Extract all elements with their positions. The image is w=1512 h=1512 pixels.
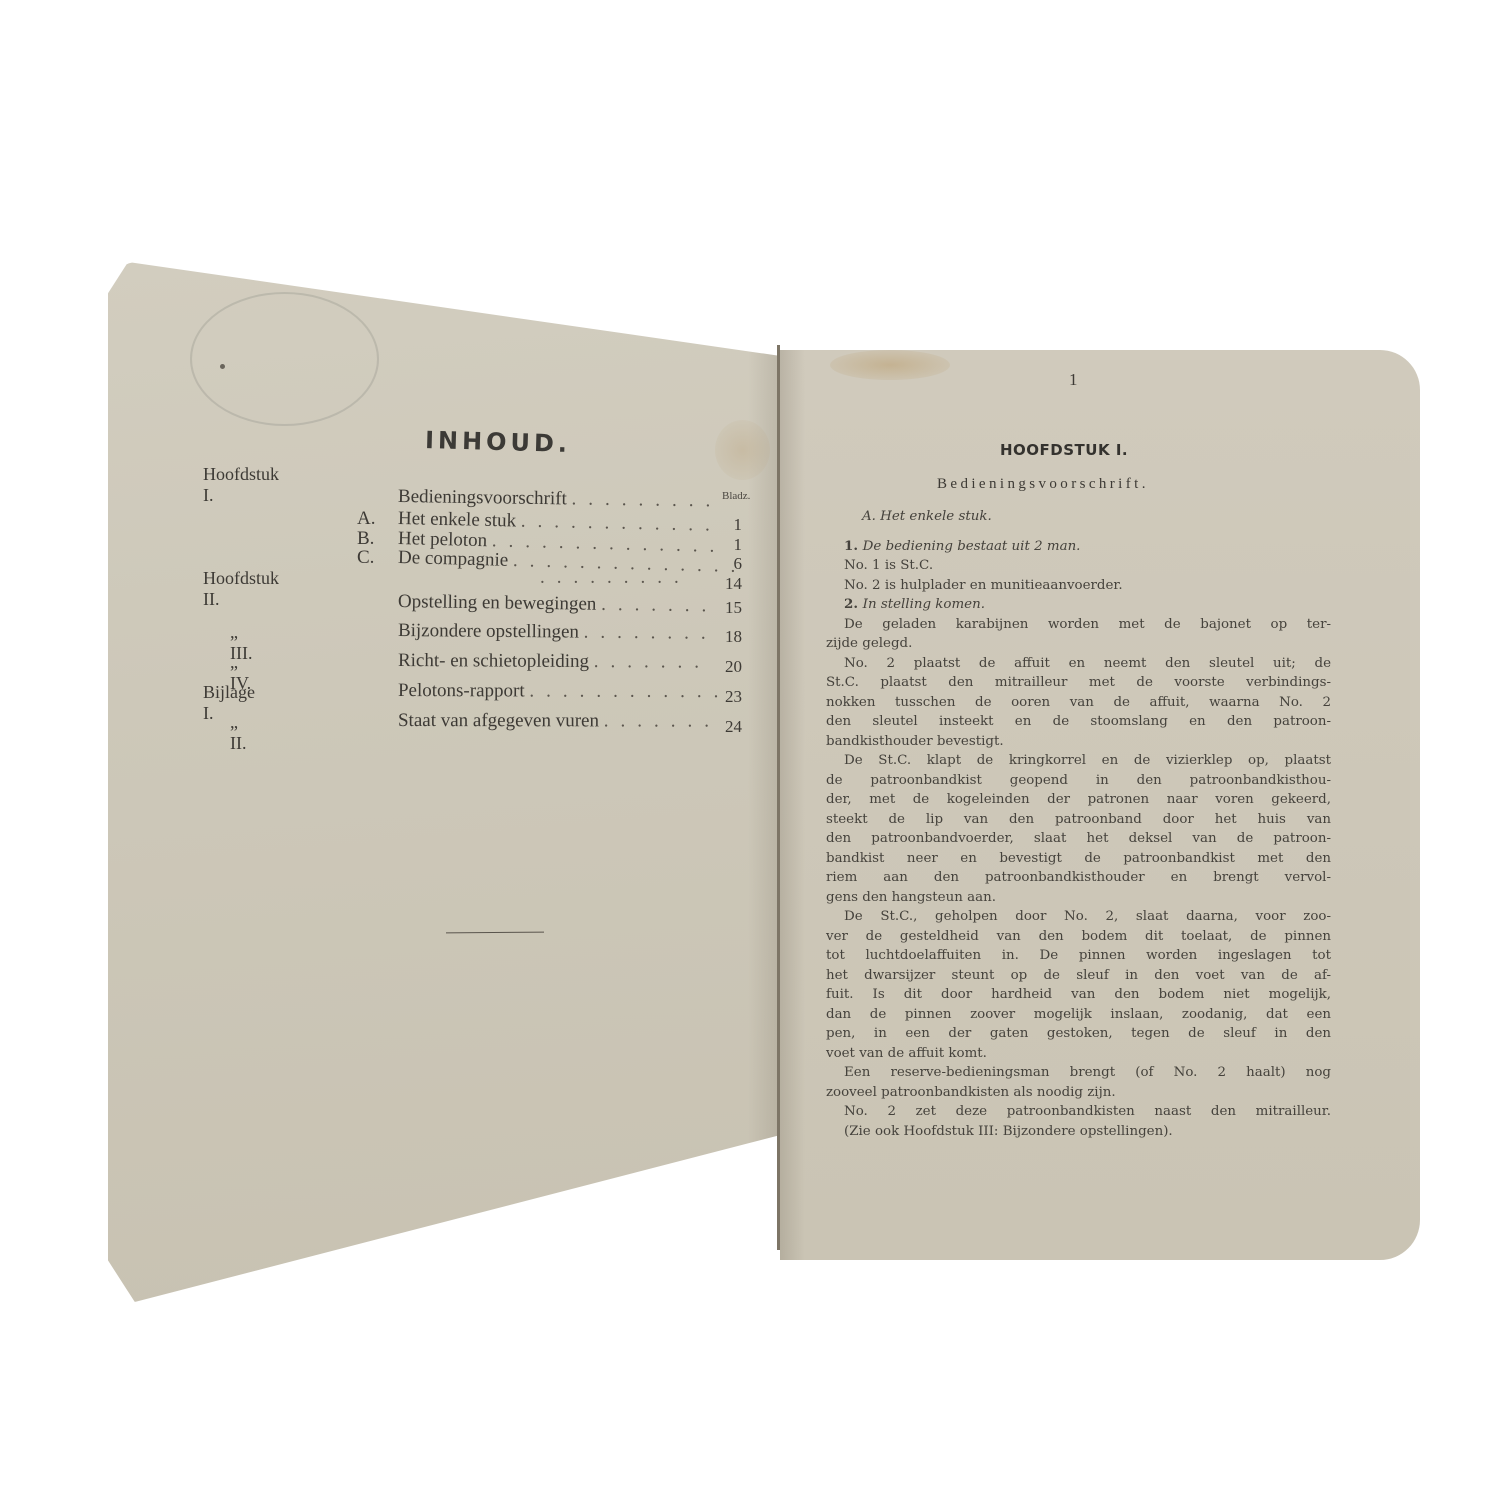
- toc-chapter-label: „ II.: [230, 712, 274, 754]
- body-line: den sleutel insteekt en de stoomslang en…: [826, 712, 1331, 732]
- body-line: voet van de affuit komt.: [826, 1044, 1331, 1064]
- toc-page-column-header: Bladz.: [722, 490, 750, 502]
- body-line: zijde gelegd.: [826, 634, 1331, 654]
- water-stain: [830, 350, 950, 380]
- left-page: [108, 262, 778, 1302]
- toc-page-number: 24: [702, 717, 742, 737]
- body-line: den patroonbandvoerder, slaat het deksel…: [826, 829, 1331, 849]
- body-line: 2. In stelling komen.: [826, 595, 1331, 615]
- toc-section-letter: C.: [357, 547, 374, 569]
- body-line: nokken tusschen de ooren van de affuit, …: [826, 693, 1331, 713]
- body-line: De St.C. klapt de kringkorrel en de vizi…: [826, 751, 1331, 771]
- body-line: (Zie ook Hoofdstuk III: Bijzondere opste…: [826, 1122, 1331, 1142]
- body-line: zooveel patroonbandkisten als noodig zij…: [826, 1083, 1331, 1103]
- body-line: riem aan den patroonbandkisthouder en br…: [826, 868, 1331, 888]
- toc-leader-dots: .........: [540, 567, 691, 589]
- body-line: No. 2 is hulplader en munitieaanvoerder.: [826, 576, 1331, 596]
- toc-entry[interactable]: Staat van afgegeven vuren .......: [398, 710, 721, 733]
- body-line: steekt de lip van den patroonband door h…: [826, 810, 1331, 830]
- toc-chapter-label: Hoofdstuk II.: [203, 568, 279, 610]
- toc-entry[interactable]: Opstelling en bewegingen .......: [398, 591, 719, 617]
- body-line: der, met de kogeleinden der patronen naa…: [826, 790, 1331, 810]
- book-spine: [777, 345, 780, 1250]
- faded-library-stamp: [190, 292, 379, 426]
- open-booklet: INHOUD. Bladz. Hoofdstuk I.Bedieningsvoo…: [0, 0, 1512, 1512]
- toc-page-number: 18: [702, 627, 742, 647]
- body-line: bandkisthouder bevestigt.: [826, 732, 1331, 752]
- body-line: fuit. Is dit door hardheid van den bodem…: [826, 985, 1331, 1005]
- body-line: De St.C., geholpen door No. 2, slaat daa…: [826, 907, 1331, 927]
- body-line: tot luchtdoelaffuiten in. De pinnen word…: [826, 946, 1331, 966]
- body-line: Een reserve-bedieningsman brengt (of No.…: [826, 1063, 1331, 1083]
- body-line: dan de pinnen zoover mogelijk inslaan, z…: [826, 1005, 1331, 1025]
- body-paragraphs: 1. De bediening bestaat uit 2 man.No. 1 …: [826, 537, 1331, 1142]
- body-line: ver de gesteldheid van den bodem dit toe…: [826, 927, 1331, 947]
- body-line: het dwarsijzer steunt op de sleuf in den…: [826, 966, 1331, 986]
- toc-page-number: 14: [702, 574, 742, 594]
- body-line: St.C. plaatst den mitrailleur met de voo…: [826, 673, 1331, 693]
- body-line: No. 1 is St.C.: [826, 556, 1331, 576]
- toc-page-number: 6: [702, 554, 742, 574]
- body-line: No. 2 zet deze patroonbandkisten naast d…: [826, 1102, 1331, 1122]
- chapter-body: A. Het enkele stuk. 1. De bediening best…: [826, 507, 1331, 1141]
- toc-section-letter: A.: [357, 508, 375, 530]
- body-line: No. 2 plaatst de affuit en neemt den sle…: [826, 654, 1331, 674]
- body-line: gens den hangsteun aan.: [826, 888, 1331, 908]
- toc-entry[interactable]: Bijzondere opstellingen ........: [398, 620, 718, 645]
- toc-page-number: 1: [702, 515, 742, 535]
- page-number: 1: [1069, 370, 1078, 390]
- ink-speck: [220, 364, 225, 369]
- body-line: De geladen karabijnen worden met de bajo…: [826, 615, 1331, 635]
- chapter-subtitle: Bedieningsvoorschrift.: [937, 476, 1149, 493]
- section-heading: A. Het enkele stuk.: [826, 507, 1331, 527]
- foxing-stain: [715, 420, 770, 480]
- body-line: de patroonbandkist geopend in den patroo…: [826, 771, 1331, 791]
- body-line: pen, in een der gaten gestoken, tegen de…: [826, 1024, 1331, 1044]
- toc-page-number: 1: [702, 535, 742, 555]
- body-line: bandkist neer en bevestigt de patroonban…: [826, 849, 1331, 869]
- toc-page-number: 23: [702, 687, 742, 707]
- body-line: 1. De bediening bestaat uit 2 man.: [826, 537, 1331, 557]
- toc-chapter-label: Hoofdstuk I.: [203, 464, 279, 506]
- toc-entry[interactable]: Pelotons-rapport ............: [398, 680, 730, 703]
- toc-page-number: 20: [702, 657, 742, 677]
- toc-page-number: 15: [702, 598, 742, 618]
- toc-title: INHOUD.: [425, 426, 572, 458]
- chapter-heading: HOOFDSTUK I.: [1000, 441, 1128, 459]
- toc-entry[interactable]: Richt- en schietopleiding .......: [398, 650, 711, 674]
